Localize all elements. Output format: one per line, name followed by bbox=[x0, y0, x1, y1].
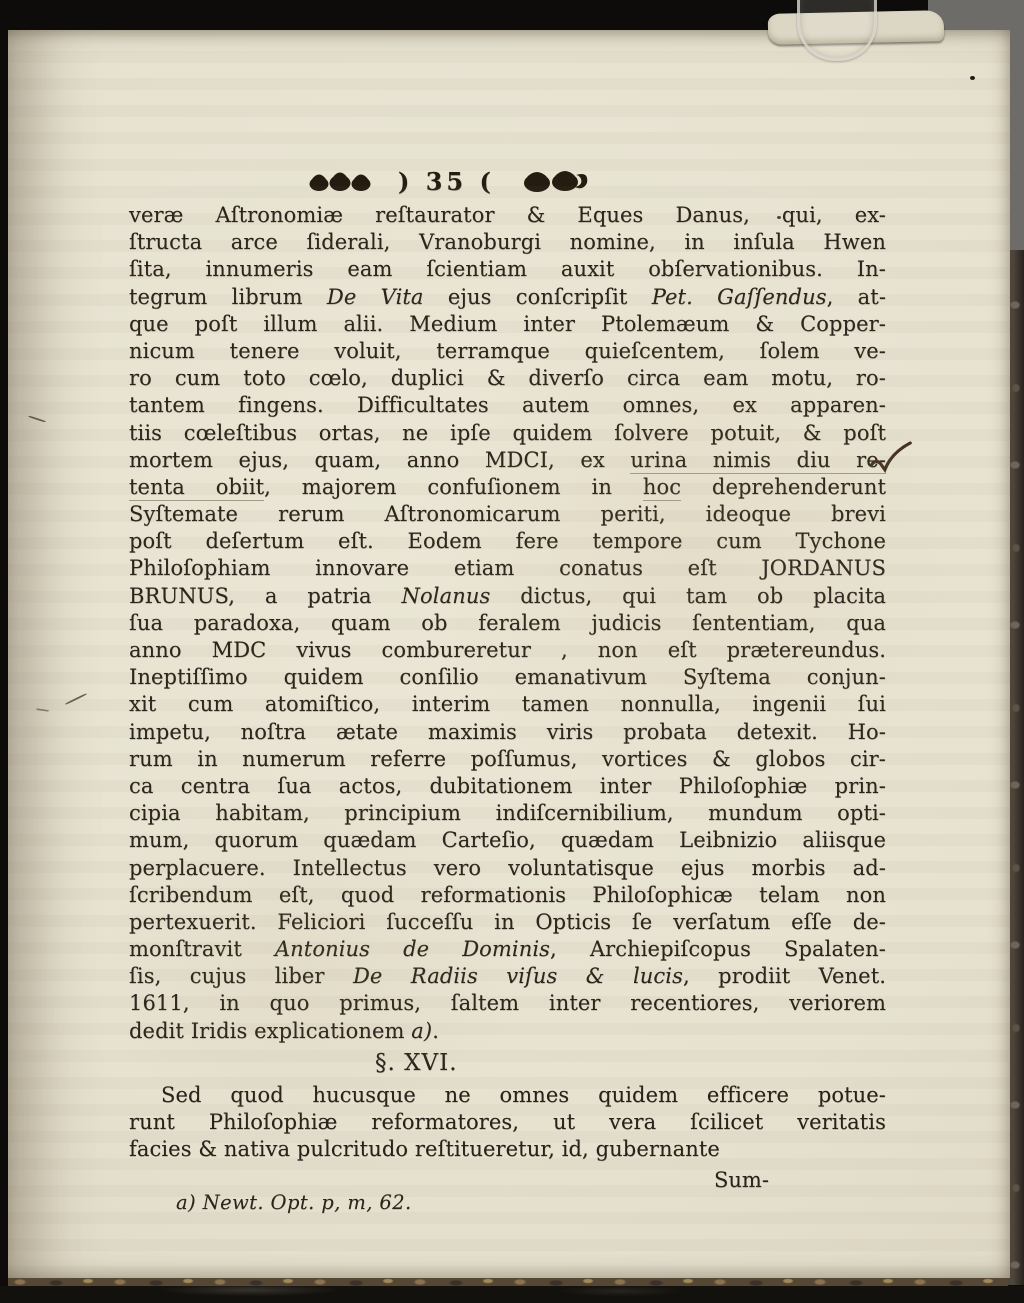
scanned-book-page: ) 35 ( veræ Aſtronomiæ reſtaurator & Equ… bbox=[0, 0, 1024, 1303]
italic-text: Antonius de Dominis bbox=[275, 937, 550, 961]
text-segment: poſt deſertum eſt. Eodem fere tempore cu… bbox=[129, 529, 886, 553]
text-segment: , Archiepiſcopus Spalaten- bbox=[550, 937, 886, 961]
text-line: tantem fingens. Difficultates autem omne… bbox=[129, 392, 886, 419]
text-segment: BRUNUS, a patria bbox=[129, 584, 402, 608]
text-line: Sed quod hucusque ne omnes quidem effice… bbox=[129, 1082, 886, 1109]
text-line: tenta obiit, majorem confuſionem in hoc … bbox=[129, 474, 886, 501]
text-segment: tiis cœleſtibus ortas, ne ipſe quidem ſo… bbox=[129, 421, 886, 445]
text-line: ſcribendum eſt, quod reformationis Philo… bbox=[129, 882, 886, 909]
text-line: poſt deſertum eſt. Eodem fere tempore cu… bbox=[129, 528, 886, 555]
text-segment: Philoſophiam innovare etiam conatus eſt … bbox=[129, 556, 886, 580]
text-line: ſtructa arce ſiderali, Vranoburgi nomine… bbox=[129, 229, 886, 256]
text-line: Ineptiſſimo quidem conſilio emanativum S… bbox=[129, 664, 886, 691]
pencil-underlined-text: urina nimis diu re- bbox=[630, 448, 886, 474]
text-segment: veræ Aſtronomiæ reſtaurator & Eques Danu… bbox=[129, 203, 886, 227]
scanner-background-bottom bbox=[0, 1286, 1024, 1303]
text-segment: Sed quod hucusque ne omnes quidem effice… bbox=[161, 1083, 886, 1107]
text-line: impetu, noſtra ætate maximis viris proba… bbox=[129, 719, 886, 746]
text-segment: ſita, innumeris eam ſcientiam auxit obſe… bbox=[129, 257, 886, 281]
text-line: xit cum atomiſtico, interim tamen nonnul… bbox=[129, 691, 886, 718]
text-segment: nicum tenere voluit, terramque quieſcent… bbox=[129, 339, 886, 363]
text-segment: pertexuerit. Feliciori ſucceſſu in Optic… bbox=[129, 910, 886, 934]
text-segment: rum in numerum referre poſſumus, vortice… bbox=[129, 747, 886, 771]
fleuron-ornament-right-icon bbox=[521, 169, 593, 193]
text-segment: , prodiit Venet. bbox=[683, 964, 886, 988]
text-segment: , majorem confuſionem in bbox=[264, 475, 643, 499]
text-line: que poſt illum alii. Medium inter Ptolem… bbox=[129, 311, 886, 338]
text-segment: ſis, cujus liber bbox=[129, 964, 353, 988]
text-line: ca centra ſua actos, dubitationem inter … bbox=[129, 773, 886, 800]
text-segment: ſcribendum eſt, quod reformationis Philo… bbox=[129, 883, 886, 907]
text-segment: ro cum toto cœlo, duplici & diverſo circ… bbox=[129, 366, 886, 390]
text-segment: ſua paradoxa, quam ob feralem judicis ſe… bbox=[129, 611, 886, 635]
fleuron-ornament-left-icon bbox=[308, 170, 372, 192]
text-line: mum, quorum quædam Carteſio, quædam Leib… bbox=[129, 827, 886, 854]
text-line: pertexuerit. Feliciori ſucceſſu in Optic… bbox=[129, 909, 886, 936]
text-segment: Ineptiſſimo quidem conſilio emanativum S… bbox=[129, 665, 886, 689]
text-segment: . bbox=[432, 1019, 439, 1043]
text-segment: cipia habitam, principium indiſcernibili… bbox=[129, 801, 886, 825]
section-heading: §. XVI. bbox=[375, 1050, 458, 1076]
text-line: ro cum toto cœlo, duplici & diverſo circ… bbox=[129, 365, 886, 392]
margin-pen-mark bbox=[65, 693, 87, 705]
text-segment: Syſtemate rerum Aſtronomicarum periti, i… bbox=[129, 502, 886, 526]
text-segment: runt Philoſophiæ reformatores, ut vera ſ… bbox=[129, 1110, 886, 1134]
text-line: perplacuere. Intellectus vero voluntatis… bbox=[129, 855, 886, 882]
text-segment: perplacuere. Intellectus vero voluntatis… bbox=[129, 856, 886, 880]
margin-pen-mark bbox=[36, 708, 49, 712]
page-number: ) 35 ( bbox=[398, 167, 495, 196]
text-segment: 1611, in quo primus, ſaltem inter recent… bbox=[129, 991, 886, 1015]
text-segment: anno MDC vivus combureretur , non eſt pr… bbox=[129, 638, 886, 662]
text-line: tiis cœleſtibus ortas, ne ipſe quidem ſo… bbox=[129, 420, 886, 447]
text-segment: mortem ejus, quam, anno MDCI, ex bbox=[129, 448, 630, 472]
text-line: dedit Iridis explicationem a). bbox=[129, 1018, 886, 1045]
text-segment: deprehenderunt bbox=[681, 475, 886, 499]
text-line: monſtravit Antonius de Dominis, Archiepi… bbox=[129, 936, 886, 963]
italic-text: Pet. Gaſſendus bbox=[652, 285, 827, 309]
margin-checkmark-annotation bbox=[866, 440, 918, 483]
text-line: ſita, innumeris eam ſcientiam auxit obſe… bbox=[129, 256, 886, 283]
text-segment: , at- bbox=[827, 285, 886, 309]
text-line: facies & nativa pulcritudo reſtitueretur… bbox=[129, 1136, 886, 1163]
text-line: veræ Aſtronomiæ reſtaurator & Eques Danu… bbox=[129, 202, 886, 229]
text-segment: ejus conſcripſit bbox=[424, 285, 652, 309]
text-line: cipia habitam, principium indiſcernibili… bbox=[129, 800, 886, 827]
text-segment: facies & nativa pulcritudo reſtitueretur… bbox=[129, 1137, 720, 1161]
text-line: runt Philoſophiæ reformatores, ut vera ſ… bbox=[129, 1109, 886, 1136]
text-line: Syſtemate rerum Aſtronomicarum periti, i… bbox=[129, 501, 886, 528]
text-segment: xit cum atomiſtico, interim tamen nonnul… bbox=[129, 692, 886, 716]
text-line: BRUNUS, a patria Nolanus dictus, qui tam… bbox=[129, 583, 886, 610]
text-line: Philoſophiam innovare etiam conatus eſt … bbox=[129, 555, 886, 582]
book-page: ) 35 ( veræ Aſtronomiæ reſtaurator & Equ… bbox=[8, 30, 1010, 1278]
pencil-underlined-text: hoc bbox=[643, 475, 681, 501]
pencil-underlined-text: tenta obiit bbox=[129, 475, 264, 501]
catchword: Sum- bbox=[714, 1168, 769, 1192]
text-line: mortem ejus, quam, anno MDCI, ex urina n… bbox=[129, 447, 886, 474]
text-segment: mum, quorum quædam Carteſio, quædam Leib… bbox=[129, 828, 886, 852]
text-line: 1611, in quo primus, ſaltem inter recent… bbox=[129, 990, 886, 1017]
text-line: ſua paradoxa, quam ob feralem judicis ſe… bbox=[129, 610, 886, 637]
text-segment: ca centra ſua actos, dubitationem inter … bbox=[129, 774, 886, 798]
text-segment: tantem fingens. Difficultates autem omne… bbox=[129, 393, 886, 417]
ink-speck bbox=[970, 76, 975, 80]
italic-text: De Radiis viſus & lucis bbox=[353, 964, 683, 988]
margin-pen-mark bbox=[28, 415, 46, 422]
text-segment: tegrum librum bbox=[129, 285, 327, 309]
text-segment: monſtravit bbox=[129, 937, 275, 961]
text-segment: dedit Iridis explicationem bbox=[129, 1019, 411, 1043]
footnote: a) Newt. Opt. p, m, 62. bbox=[176, 1191, 412, 1214]
text-line: anno MDC vivus combureretur , non eſt pr… bbox=[129, 637, 886, 664]
text-line: tegrum librum De Vita ejus conſcripſit P… bbox=[129, 284, 886, 311]
main-paragraph: veræ Aſtronomiæ reſtaurator & Eques Danu… bbox=[129, 202, 886, 1045]
second-paragraph: Sed quod hucusque ne omnes quidem effice… bbox=[129, 1082, 886, 1164]
italic-text: De Vita bbox=[327, 285, 424, 309]
text-line: rum in numerum referre poſſumus, vortice… bbox=[129, 746, 886, 773]
page-header: ) 35 ( bbox=[308, 164, 593, 198]
text-segment: que poſt illum alii. Medium inter Ptolem… bbox=[129, 312, 886, 336]
text-segment: ſtructa arce ſiderali, Vranoburgi nomine… bbox=[129, 230, 886, 254]
text-segment: dictus, qui tam ob placita bbox=[490, 584, 886, 608]
italic-text: a) bbox=[411, 1019, 432, 1043]
text-line: ſis, cujus liber De Radiis viſus & lucis… bbox=[129, 963, 886, 990]
italic-text: Nolanus bbox=[402, 584, 491, 608]
ink-speck bbox=[777, 216, 781, 219]
text-line: nicum tenere voluit, terramque quieſcent… bbox=[129, 338, 886, 365]
text-segment: impetu, noſtra ætate maximis viris proba… bbox=[129, 720, 886, 744]
